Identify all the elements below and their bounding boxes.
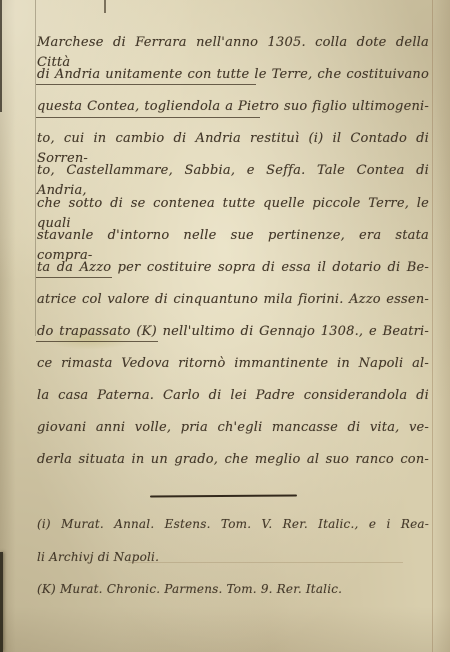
faint-ruled-line bbox=[128, 562, 403, 563]
manuscript-line: atrice col valore di cinquantuno mila fi… bbox=[37, 290, 429, 312]
manuscript-line: Marchese di Ferrara nell'anno 1305. coll… bbox=[37, 33, 429, 55]
right-margin-line bbox=[432, 0, 433, 652]
manuscript-line: to, cui in cambio di Andria restituì (i)… bbox=[37, 129, 429, 151]
manuscript-line: to, Castellammare, Sabbia, e Seffa. Tale… bbox=[37, 161, 429, 183]
scan-edge-shadow-bottom bbox=[0, 552, 3, 652]
footnote-line: (i) Murat. Annal. Estens. Tom. V. Rer. I… bbox=[37, 515, 429, 535]
manuscript-line: giovani anni volle, pria ch'egli mancass… bbox=[37, 418, 429, 440]
manuscript-line: stavanle d'intorno nelle sue pertinenze,… bbox=[37, 226, 429, 248]
manuscript-line: derla situata in un grado, che meglio al… bbox=[37, 450, 429, 472]
manuscript-line: che sotto di se contenea tutte quelle pi… bbox=[37, 194, 429, 216]
top-edge-mark bbox=[104, 0, 106, 13]
fold-line bbox=[35, 0, 36, 336]
footnote-line: (K) Murat. Chronic. Parmens. Tom. 9. Rer… bbox=[37, 580, 429, 600]
manuscript-line: la casa Paterna. Carlo di lei Padre cons… bbox=[37, 386, 429, 408]
manuscript-page: Marchese di Ferrara nell'anno 1305. coll… bbox=[0, 0, 450, 652]
manuscript-line: questa Contea, togliendola a Pietro suo … bbox=[37, 97, 429, 119]
manuscript-line: ce rimasta Vedova ritornò immantinente i… bbox=[37, 354, 429, 376]
ink-underline bbox=[36, 84, 256, 85]
ink-underline bbox=[36, 117, 260, 118]
ink-underline bbox=[36, 277, 112, 278]
footnote-divider bbox=[150, 494, 297, 497]
footnote-line: li Archivj di Napoli. bbox=[37, 548, 429, 568]
scan-edge-shadow-top bbox=[0, 0, 2, 112]
ink-underline bbox=[36, 341, 158, 342]
